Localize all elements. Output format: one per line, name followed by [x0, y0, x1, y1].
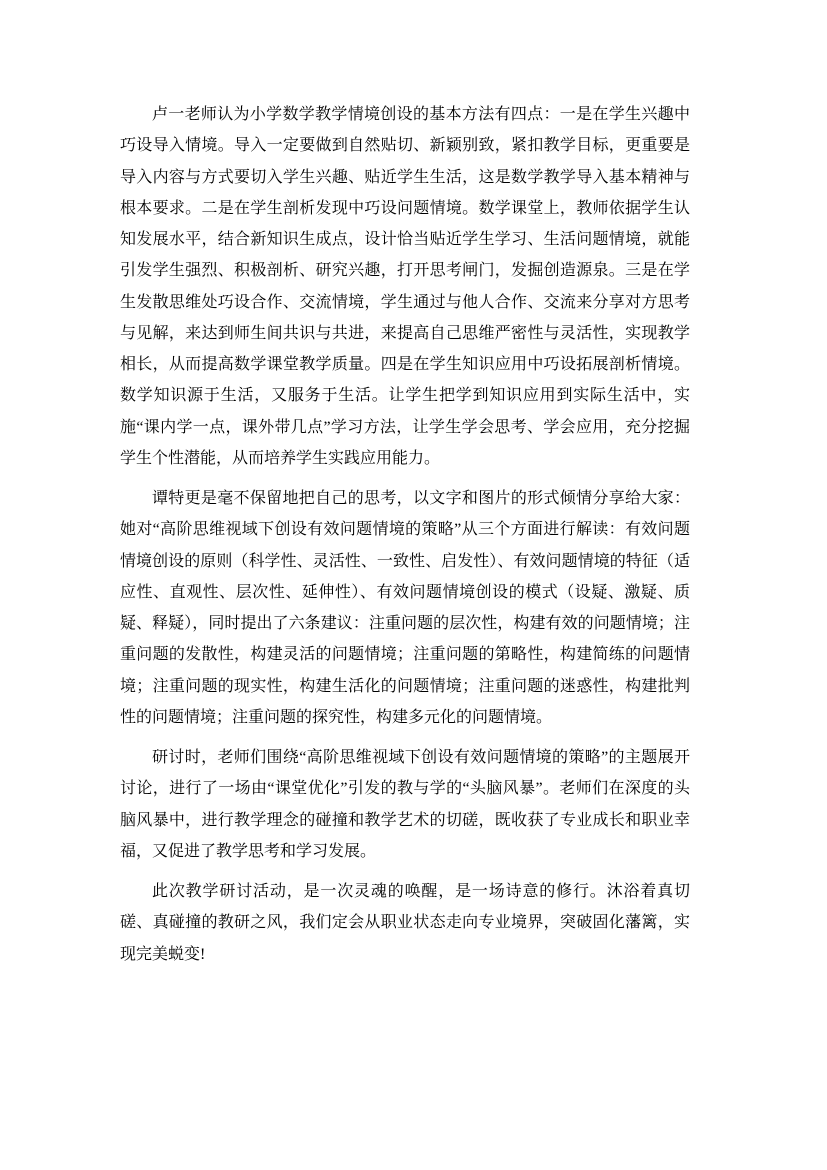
document-page: 卢一老师认为小学数学教学情境创设的基本方法有四点：一是在学生兴趣中巧设导入情境。…: [0, 0, 827, 1170]
document-body: 卢一老师认为小学数学教学情境创设的基本方法有四点：一是在学生兴趣中巧设导入情境。…: [120, 99, 690, 970]
paragraph-closing-summary: 此次教学研讨活动，是一次灵魂的唤醒，是一场诗意的修行。沐浴着真切磋、真碰撞的教研…: [120, 876, 690, 970]
paragraph-tan-te-sharing: 谭特更是毫不保留地把自己的思考，以文字和图片的形式倾情分享给大家：她对“高阶思维…: [120, 483, 690, 733]
paragraph-methods-four-points: 卢一老师认为小学数学教学情境创设的基本方法有四点：一是在学生兴趣中巧设导入情境。…: [120, 99, 690, 474]
paragraph-seminar-discussion: 研讨时，老师们围绕“高阶思维视域下创设有效问题情境的策略”的主题展开讨论，进行了…: [120, 742, 690, 867]
